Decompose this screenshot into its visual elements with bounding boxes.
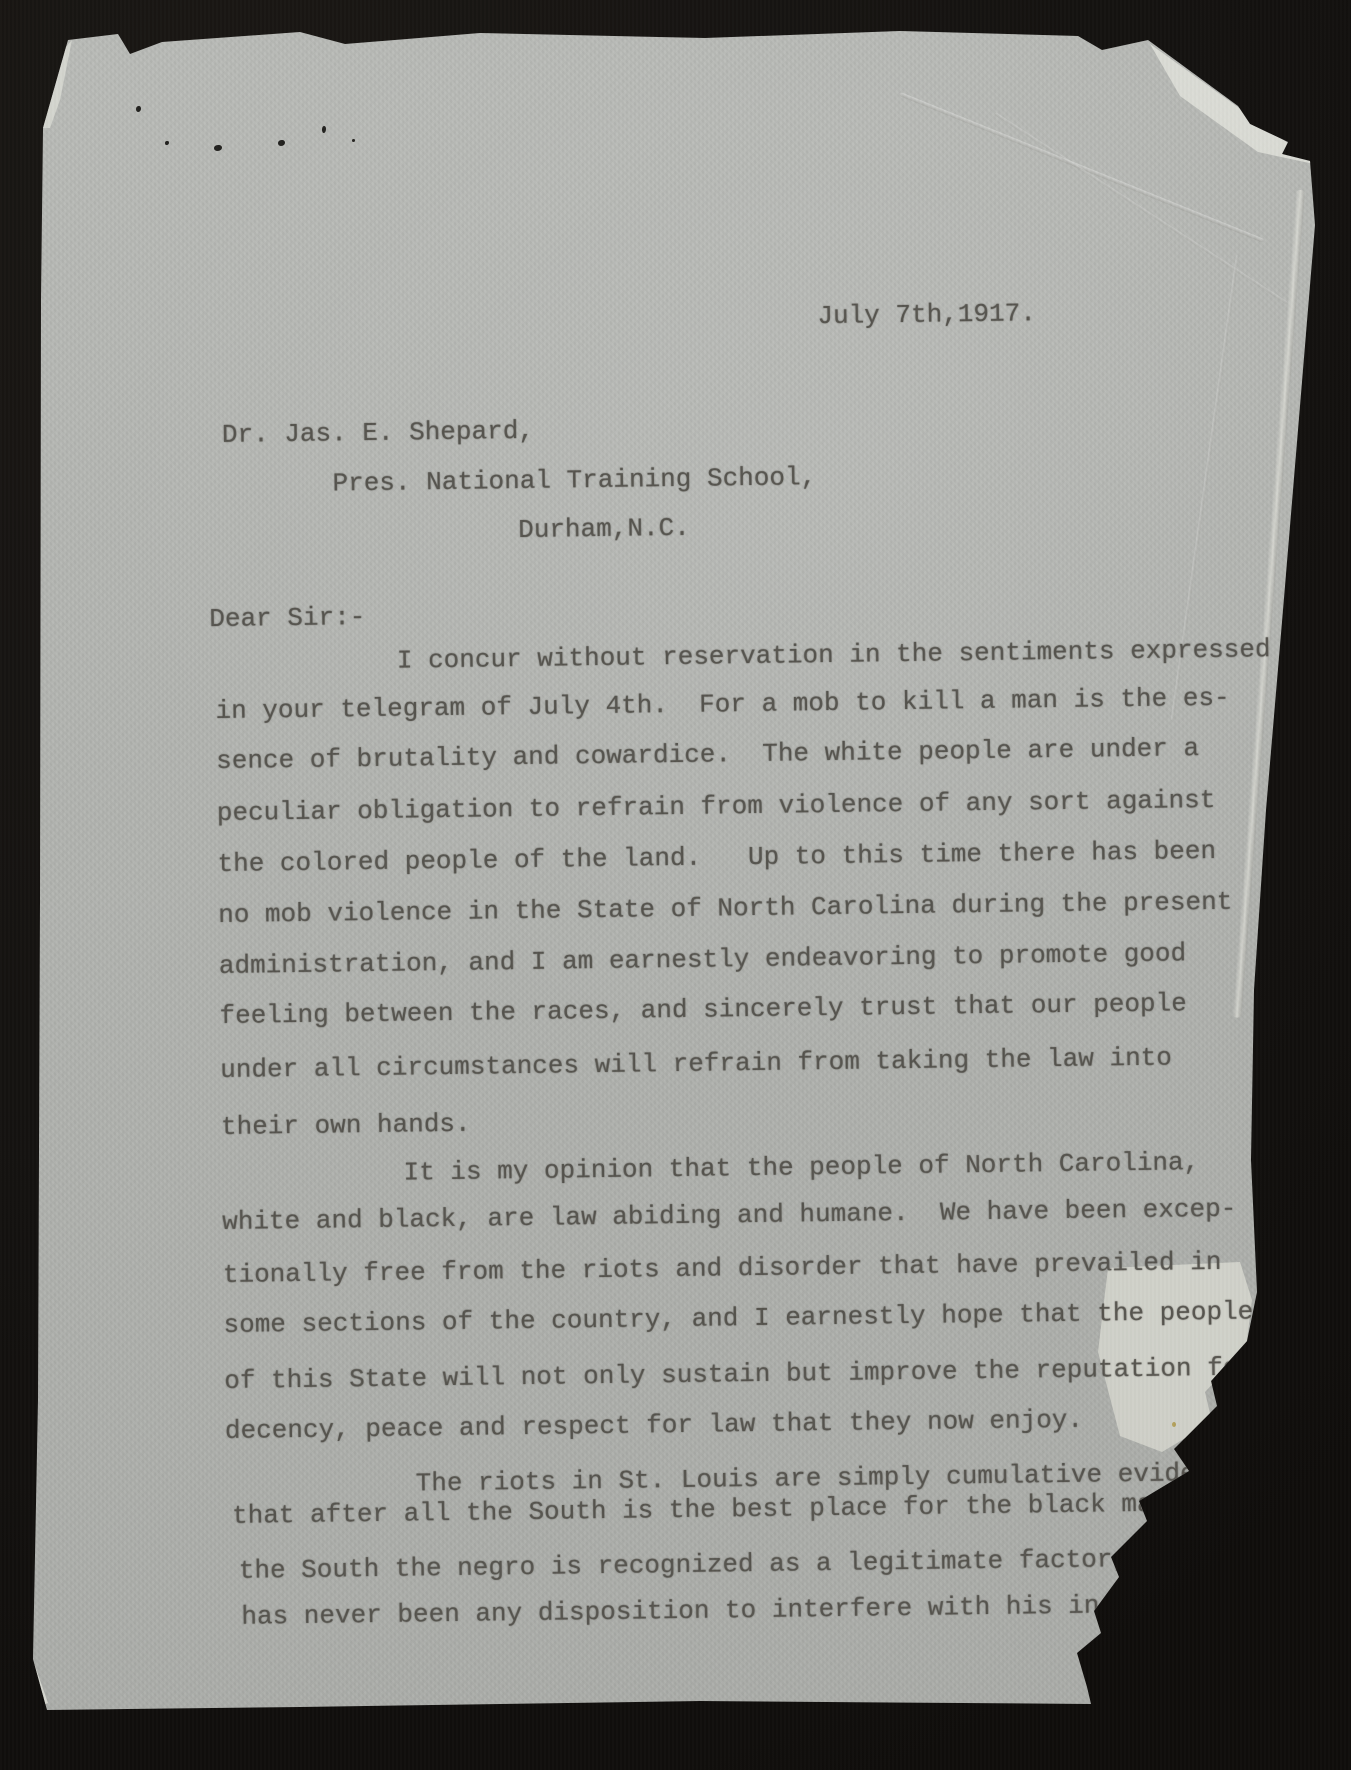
body-line: peculiar obligation to refrain from viol… [217,787,1216,826]
body-line: that after all the South is the best pla… [232,1491,1168,1529]
typewritten-text: July 7th,1917. Dr. Jas. E. Shepard, Pres… [0,0,1351,1770]
body-line: of this State will not only sustain but … [224,1355,1238,1394]
document-scan: July 7th,1917. Dr. Jas. E. Shepard, Pres… [0,0,1351,1770]
body-line: tionally free from the riots and disorde… [223,1249,1222,1288]
body-line: the South the negro is recognized as a l… [239,1546,1175,1584]
recipient-name: Dr. Jas. E. Shepard, [222,418,534,448]
body-line: I concur without reservation in the sent… [397,636,1271,673]
letter-paper: July 7th,1917. Dr. Jas. E. Shepard, Pres… [0,0,1351,1770]
body-line: decency, peace and respect for law that … [225,1407,1083,1444]
body-line: has never been any disposition to interf… [241,1593,1099,1630]
body-line: the colored people of the land. Up to th… [217,838,1216,877]
body-line: some sections of the country, and I earn… [223,1299,1253,1338]
recipient-city: Durham,N.C. [518,515,690,543]
body-line: no mob violence in the State of North Ca… [218,889,1232,928]
salutation: Dear Sir:- [209,604,365,632]
recipient-title: Pres. National Training School, [332,464,816,496]
date-line: July 7th,1917. [817,300,1036,329]
body-line: under all circumstances will refrain fro… [220,1045,1172,1083]
body-line: feeling between the races, and sincerely… [219,990,1187,1029]
body-line: sence of brutality and cowardice. The wh… [216,735,1199,774]
body-line: It is my opinion that the people of Nort… [403,1149,1199,1185]
body-line: their own hands. [221,1111,471,1140]
body-line: white and black, are law abiding and hum… [222,1196,1236,1235]
body-line: in your telegram of July 4th. For a mob … [215,685,1229,724]
body-line: administration, and I am earnestly endea… [219,940,1187,979]
